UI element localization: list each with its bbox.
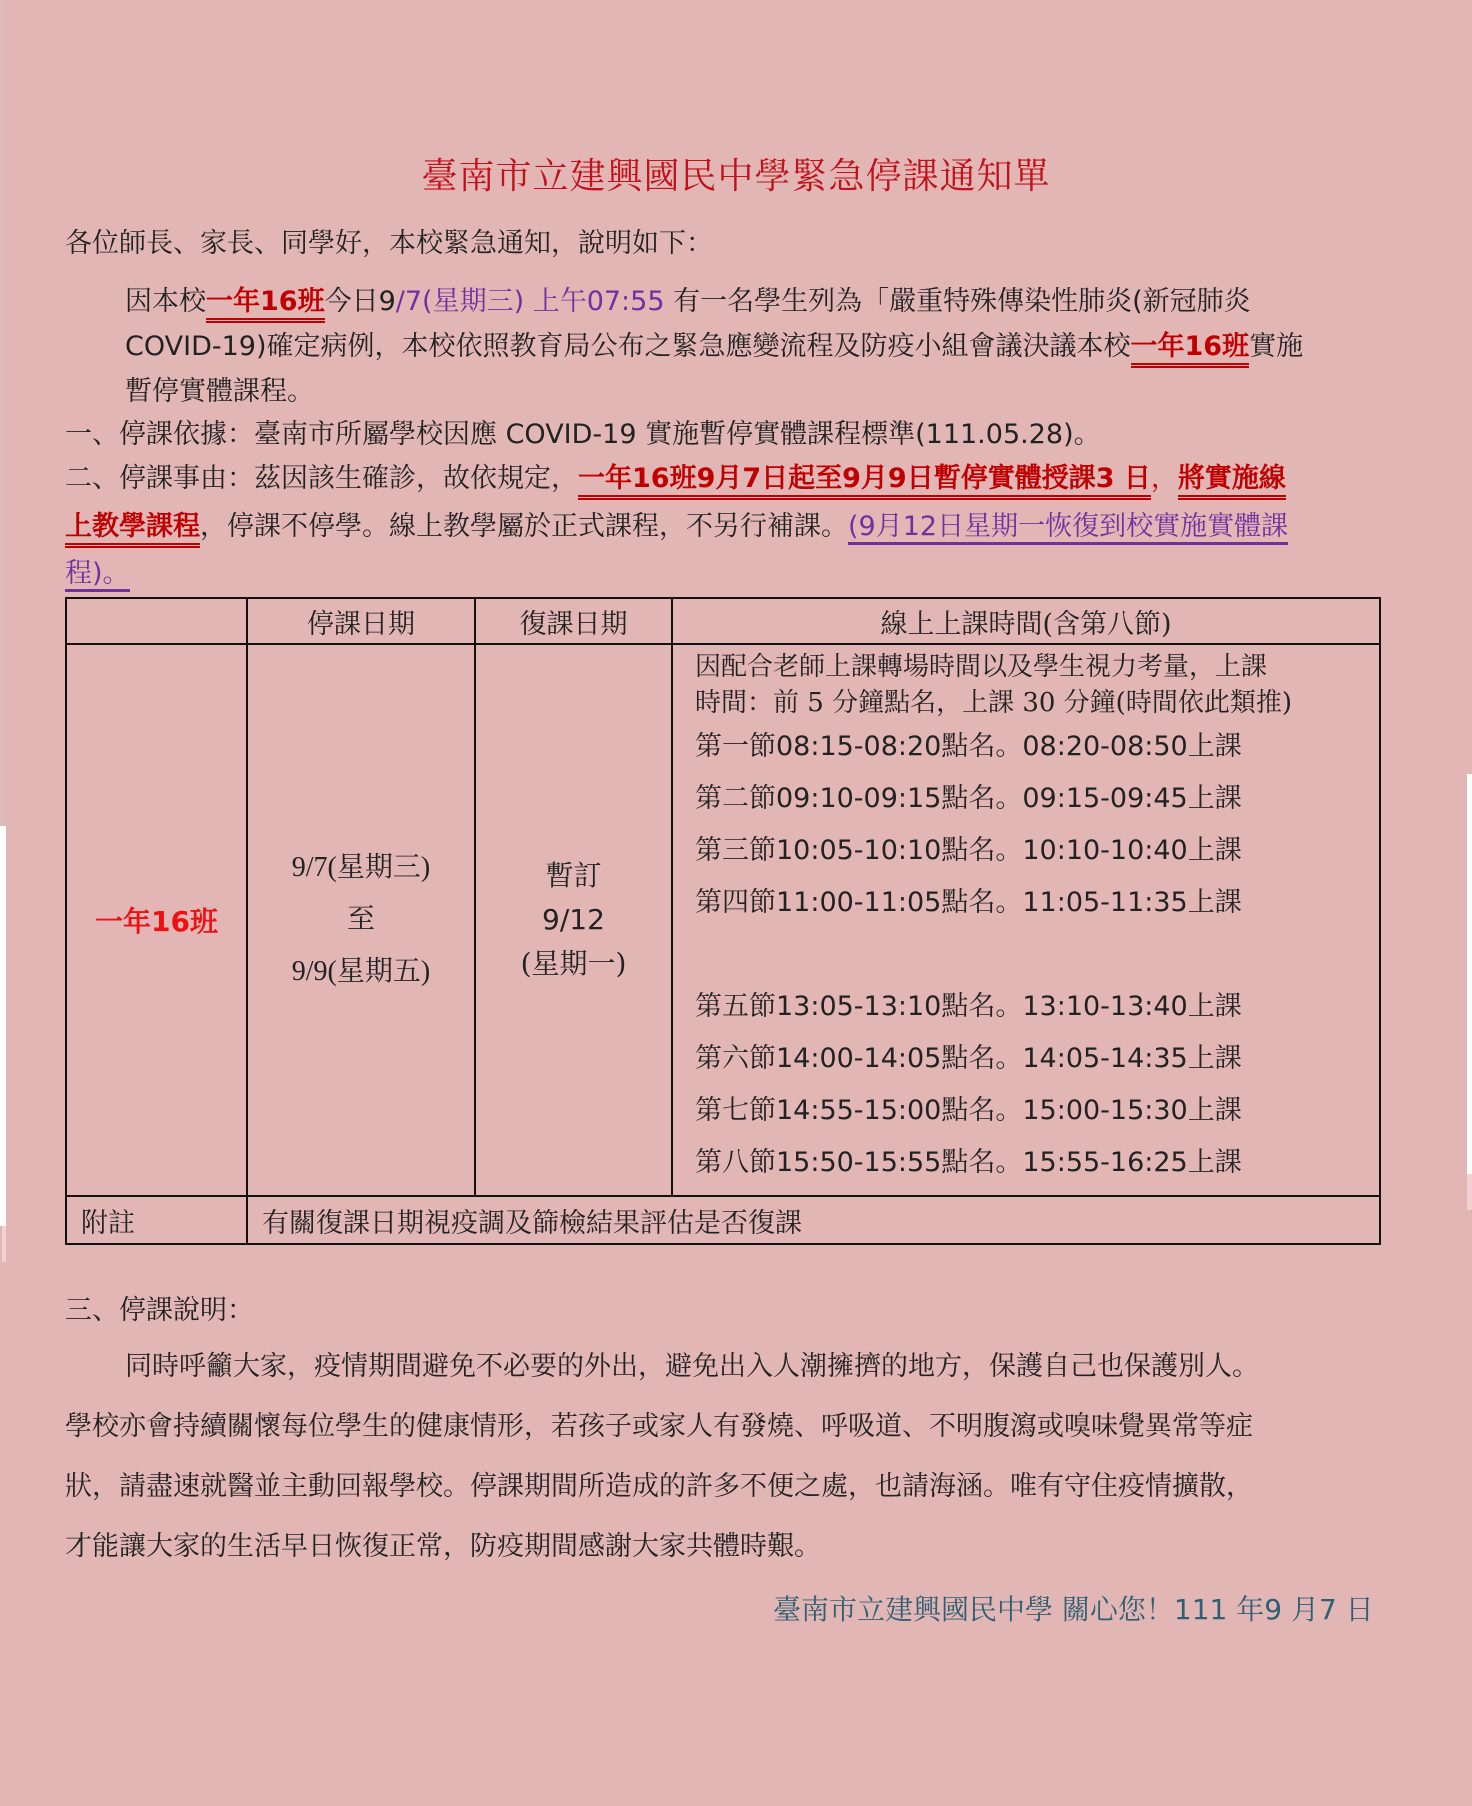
header-resume-date: 復課日期	[475, 598, 672, 644]
period-2: 第二節09:10-09:15點名。09:15-09:45上課	[695, 773, 1379, 825]
suspend-end: 9/9(星期五)	[248, 946, 474, 998]
intro-line-2: COVID-19)確定病例，本校依照教育局公布之緊急應變流程及防疫小組會議決議本…	[125, 329, 1303, 365]
period-8: 第八節15:50-15:55點名。15:55-16:25上課	[695, 1137, 1379, 1189]
schedule-table: 停課日期 復課日期 線上上課時間(含第八節) 一年16班 9/7(星期三) 至 …	[65, 597, 1381, 1245]
header-blank	[66, 598, 247, 644]
section-3-line-4: 才能讓大家的生活早日恢復正常，防疫期間感謝大家共體時艱。	[65, 1517, 821, 1577]
header-online-time: 線上上課時間(含第八節)	[672, 598, 1380, 644]
class-name: 一年16班	[66, 644, 247, 1196]
intro-text: COVID-19)確定病例，本校依照教育局公布之緊急應變流程及防疫小組會議決議本…	[125, 331, 1131, 362]
online-highlight: 將實施線	[1178, 463, 1286, 500]
intro-line-1: 因本校一年16班今日9/7(星期三) 上午07:55 有一名學生列為「嚴重特殊傳…	[125, 284, 1251, 320]
resume-tentative: 暫訂	[476, 854, 671, 898]
signature: 臺南市立建興國民中學 關心您！111 年9 月7 日	[773, 1588, 1374, 1628]
suspend-to: 至	[248, 894, 474, 946]
intro-date: 9	[379, 286, 396, 317]
page-edge-right-mark	[1467, 1174, 1472, 1210]
period-5: 第五節13:05-13:10點名。13:10-13:40上課	[695, 981, 1379, 1033]
online-intro: 時間：前 5 分鐘點名，上課 30 分鐘(時間依此類推)	[695, 685, 1379, 721]
section-2-mid: ，停課不停學。線上教學屬於正式課程，不另行補課。	[200, 511, 848, 542]
period-7: 第七節14:55-15:00點名。15:00-15:30上課	[695, 1085, 1379, 1137]
note-row: 附註 有關復課日期視疫調及篩檢結果評估是否復課	[66, 1196, 1380, 1244]
period-4: 第四節11:00-11:05點名。11:05-11:35上課	[695, 877, 1379, 929]
resume-note: (9月12日星期一恢復到校實施實體課	[848, 511, 1288, 545]
page-edge-right-gap	[1467, 774, 1472, 1174]
online-highlight: 上教學課程	[65, 511, 200, 548]
intro-text: 今日	[325, 286, 379, 317]
document-title: 臺南市立建興國民中學緊急停課通知單	[0, 148, 1472, 199]
suspension-highlight: 一年16班9月7日起至9月9日暫停實體授課3 日	[578, 463, 1151, 500]
page-edge-left-mark	[2, 1226, 6, 1262]
period-3: 第三節10:05-10:10點名。10:10-10:40上課	[695, 825, 1379, 877]
greeting: 各位師長、家長、同學好，本校緊急通知，說明如下：	[65, 226, 713, 262]
intro-text: 實施	[1249, 331, 1303, 362]
section-3-heading: 三、停課說明：	[65, 1288, 254, 1327]
intro-datetime: /7(星期三) 上午07:55	[396, 286, 665, 317]
section-1: 一、停課依據：臺南市所屬學校因應 COVID-19 實施暫停實體課程標準(111…	[65, 417, 1101, 453]
resume-day: 9/12	[476, 898, 671, 942]
intro-text: 因本校	[125, 286, 206, 317]
section-2-line-3: 程)。	[65, 556, 130, 592]
resume-weekday: (星期一)	[476, 942, 671, 986]
header-suspend-date: 停課日期	[247, 598, 475, 644]
class-highlight: 一年16班	[206, 286, 325, 323]
section-2-line-2: 上教學課程，停課不停學。線上教學屬於正式課程，不另行補課。(9月12日星期一恢復…	[65, 509, 1288, 545]
section-2-prefix: 二、停課事由：茲因該生確診，故依規定，	[65, 463, 578, 494]
section-3-line-3: 狀，請盡速就醫並主動回報學校。停課期間所造成的許多不便之處，也請海涵。唯有守住疫…	[65, 1457, 1253, 1517]
page-edge-left	[0, 0, 4, 826]
intro-line-3: 暫停實體課程。	[125, 374, 314, 410]
class-highlight: 一年16班	[1131, 331, 1250, 368]
separator: ，	[1151, 463, 1178, 494]
resume-date: 暫訂 9/12 (星期一)	[475, 644, 672, 1196]
period-1: 第一節08:15-08:20點名。08:20-08:50上課	[695, 721, 1379, 773]
note-label: 附註	[66, 1196, 247, 1244]
intro-text: 有一名學生列為「嚴重特殊傳染性肺炎(新冠肺炎	[665, 286, 1251, 317]
suspend-dates: 9/7(星期三) 至 9/9(星期五)	[247, 644, 475, 1196]
table-row: 一年16班 9/7(星期三) 至 9/9(星期五) 暫訂 9/12 (星期一) …	[66, 644, 1380, 1196]
resume-note: 程)。	[65, 558, 130, 592]
period-6: 第六節14:00-14:05點名。14:05-14:35上課	[695, 1033, 1379, 1085]
page-edge-left-gap	[0, 826, 6, 1226]
online-intro: 因配合老師上課轉場時間以及學生視力考量，上課	[695, 649, 1379, 685]
section-3-line-2: 學校亦會持續關懷每位學生的健康情形，若孩子或家人有發燒、呼吸道、不明腹瀉或嗅味覺…	[65, 1397, 1253, 1457]
note-text: 有關復課日期視疫調及篩檢結果評估是否復課	[247, 1196, 1380, 1244]
section-3-line-1: 同時呼籲大家，疫情期間避免不必要的外出，避免出入人潮擁擠的地方，保護自己也保護別…	[125, 1337, 1259, 1397]
table-header-row: 停課日期 復課日期 線上上課時間(含第八節)	[66, 598, 1380, 644]
section-2-line-1: 二、停課事由：茲因該生確診，故依規定，一年16班9月7日起至9月9日暫停實體授課…	[65, 461, 1286, 497]
suspend-start: 9/7(星期三)	[248, 842, 474, 894]
online-schedule: 因配合老師上課轉場時間以及學生視力考量，上課 時間：前 5 分鐘點名，上課 30…	[672, 644, 1380, 1196]
